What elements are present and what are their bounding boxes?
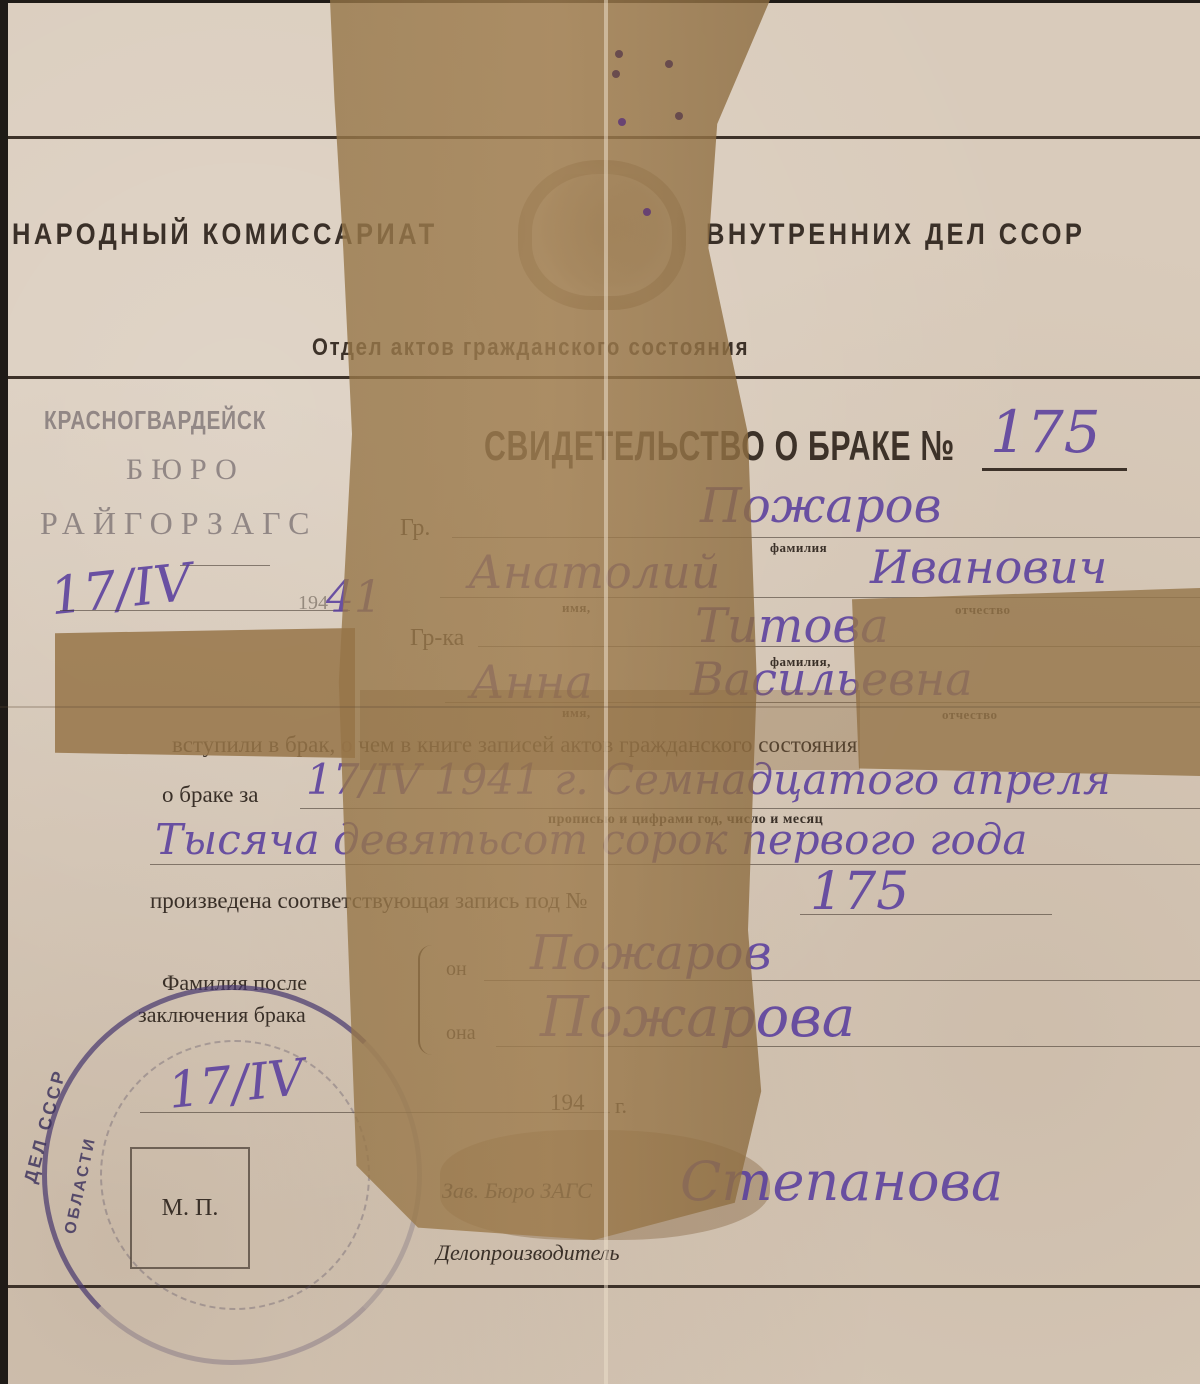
- tape-strip-vertical: [330, 0, 770, 1240]
- tape-strip-middle: [360, 690, 860, 770]
- stamp-year-prefix: 194: [298, 592, 328, 615]
- groom-surname-caption: фамилия: [770, 540, 827, 556]
- tape-strip-right: [852, 588, 1200, 776]
- office-stamp-line3: РАЙГОРЗАГС: [40, 505, 317, 542]
- certificate-number-line: [982, 468, 1127, 471]
- scan-border-left: [0, 0, 8, 1384]
- clerk-label: Делопроизводитель: [436, 1240, 619, 1266]
- record-number: 175: [810, 862, 909, 922]
- office-stamp-line2: БЮРО: [126, 453, 245, 487]
- tape-strip-left: [55, 628, 355, 758]
- fold-crease-vertical: [604, 0, 608, 1384]
- seal-place-box: М. П.: [130, 1147, 250, 1269]
- office-stamp-line1: КРАСНОГВАРДЕЙСК: [44, 405, 266, 436]
- marriage-certificate-page: НАРОДНЫЙ КОМИССАРИАТ ВНУТРЕННИХ ДЕЛ ССОР…: [0, 0, 1200, 1384]
- certificate-number: 175: [990, 398, 1101, 466]
- fold-crease-horizontal: [0, 706, 1200, 708]
- body-date-prefix: о браке за: [162, 782, 259, 808]
- stamp-divider: [180, 565, 270, 566]
- header-right: ВНУТРЕННИХ ДЕЛ ССОР: [706, 218, 1085, 252]
- seal-place-label: М. П.: [162, 1195, 219, 1222]
- groom-patronymic: Иванович: [870, 540, 1107, 594]
